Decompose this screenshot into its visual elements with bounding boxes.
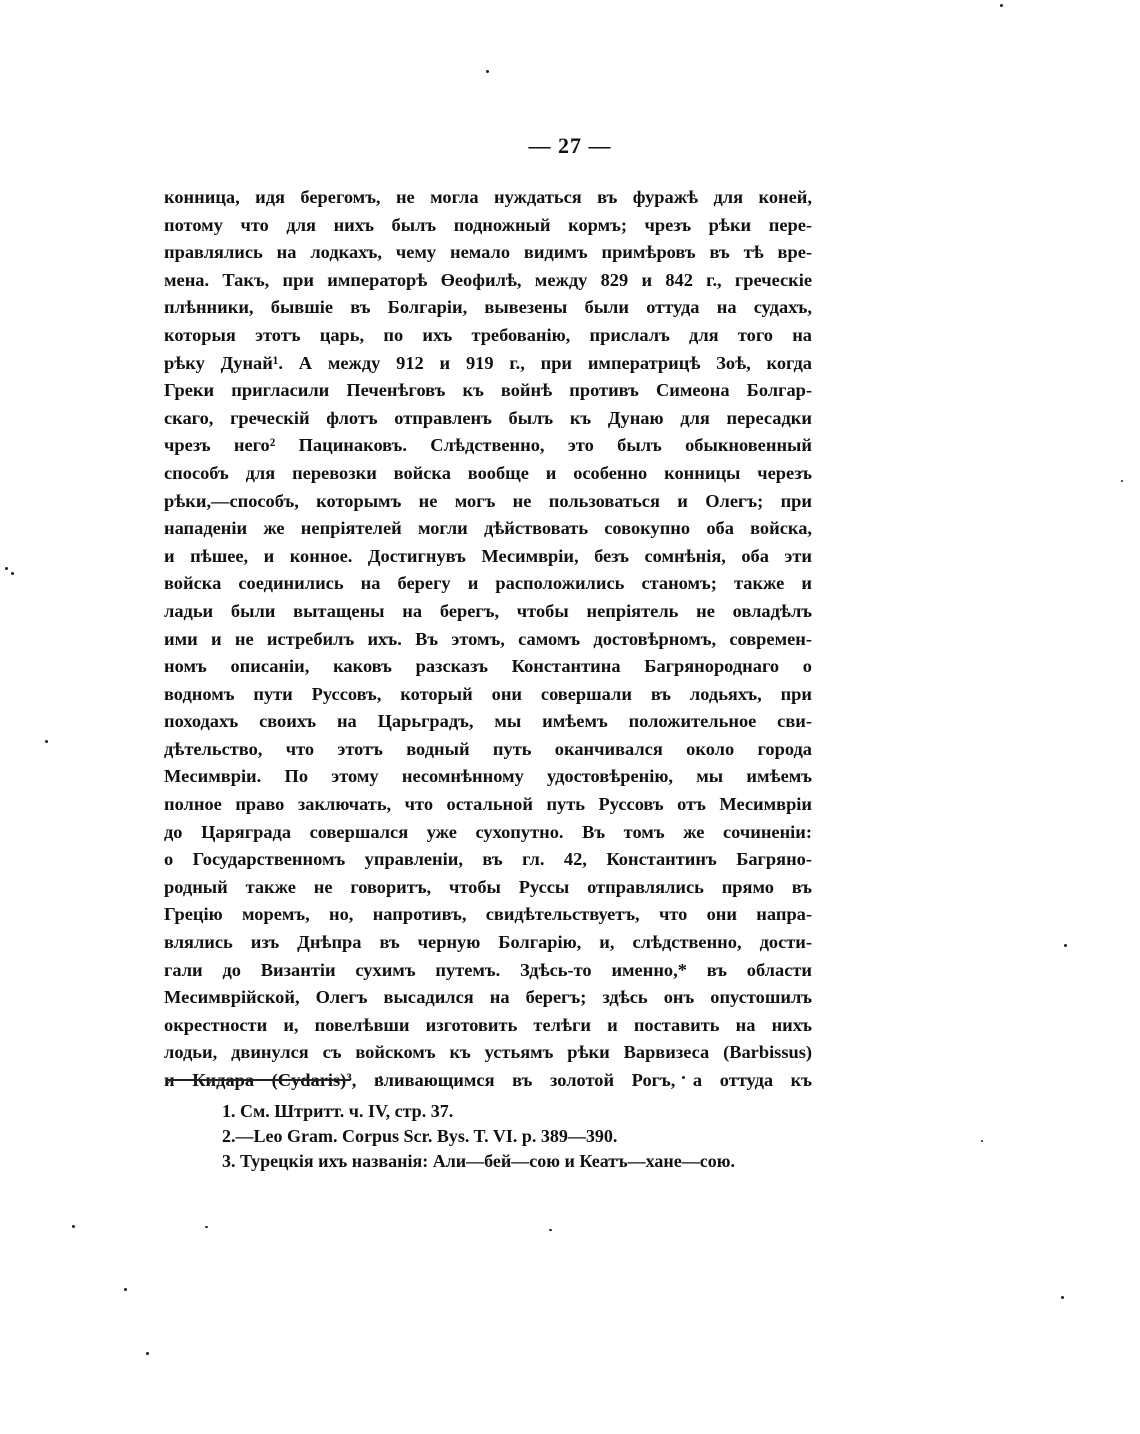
text-line: водномъ пути Руссовъ, который они соверш…: [164, 681, 812, 709]
scan-speck: [5, 567, 8, 570]
scan-speck: [11, 572, 14, 575]
scan-speck: [1121, 480, 1123, 482]
text-line: мена. Такъ, при императорѣ Өеофилѣ, межд…: [164, 267, 812, 295]
scan-speck: [682, 1076, 685, 1079]
text-line: конница, идя берегомъ, не могла нуждатьс…: [164, 184, 812, 212]
text-line: Грецію моремъ, но, напротивъ, свидѣтельс…: [164, 901, 812, 929]
scan-speck: [205, 1226, 208, 1228]
text-line: Греки пригласили Печенѣговъ къ войнѣ про…: [164, 377, 812, 405]
text-line: окрестности и, повелѣвши изготовить телѣ…: [164, 1012, 812, 1040]
page-number: — 27 —: [0, 133, 1140, 159]
text-line: влялись изъ Днѣпра въ черную Болгарію, и…: [164, 929, 812, 957]
text-line: Месимвріи. По этому несомнѣнному удостов…: [164, 763, 812, 791]
text-line: плѣнники, бывшіе въ Болгаріи, вывезены б…: [164, 294, 812, 322]
scan-speck: [1000, 4, 1003, 7]
scan-speck: [379, 1076, 382, 1079]
scan-speck: [1064, 944, 1067, 947]
footnote-1: 1. См. Штритт. ч. IV, стр. 37.: [222, 1099, 822, 1124]
text-line: которыя этотъ царь, по ихъ требованію, п…: [164, 322, 812, 350]
scan-speck: [1061, 1296, 1064, 1299]
text-line: Месимврійской, Олегъ высадился на берегъ…: [164, 984, 812, 1012]
text-line: дѣтельство, что этотъ водный путь оканчи…: [164, 736, 812, 764]
text-line: чрезъ него² Пацинаковъ. Слѣдственно, это…: [164, 432, 812, 460]
body-text: конница, идя берегомъ, не могла нуждатьс…: [164, 184, 812, 1095]
text-line: лодьи, двинулся съ войскомъ къ устьямъ р…: [164, 1039, 812, 1067]
text-line: правлялись на лодкахъ, чему немало видим…: [164, 239, 812, 267]
footnote-3: 3. Турецкія ихъ названія: Али—бей—сою и …: [222, 1149, 822, 1174]
scan-speck: [549, 1229, 552, 1231]
scan-speck: [124, 1288, 127, 1291]
text-line: полное право заключать, что остальной пу…: [164, 791, 812, 819]
footnote-2: 2.—Leo Gram. Corpus Scr. Bys. T. VI. p. …: [222, 1124, 822, 1149]
text-line: рѣку Дунай¹. А между 912 и 919 г., при и…: [164, 350, 812, 378]
scan-speck: [72, 1225, 75, 1228]
text-line: походахъ своихъ на Царьградъ, мы имѣемъ …: [164, 708, 812, 736]
text-line: ладьи были вытащены на берегъ, чтобы неп…: [164, 598, 812, 626]
text-line: и пѣшее, и конное. Достигнувъ Месимвріи,…: [164, 543, 812, 571]
text-line: и Кидара (Cydaris)³, вливающимся въ золо…: [164, 1067, 812, 1095]
text-line: до Царяграда совершался уже сухопутно. В…: [164, 819, 812, 847]
text-line: номъ описаніи, каковъ разсказъ Константи…: [164, 653, 812, 681]
text-line: о Государственномъ управленіи, въ гл. 42…: [164, 846, 812, 874]
scan-speck: [486, 70, 489, 73]
text-line: нападеніи же непріятелей могли дѣйствова…: [164, 515, 812, 543]
text-line: способъ для перевозки войска вообще и ос…: [164, 460, 812, 488]
text-line: родный также не говоритъ, чтобы Руссы от…: [164, 874, 812, 902]
text-line: скаго, греческій флотъ отправленъ былъ к…: [164, 405, 812, 433]
text-line: ими и не истребилъ ихъ. Въ этомъ, самомъ…: [164, 626, 812, 654]
footnotes: 1. См. Штритт. ч. IV, стр. 37. 2.—Leo Gr…: [222, 1099, 822, 1174]
scan-speck: [146, 1352, 149, 1355]
text-line: гали до Византіи сухимъ путемъ. Здѣсь-то…: [164, 957, 812, 985]
scan-speck: [45, 740, 48, 743]
text-line: потому что для нихъ былъ подножный кормъ…: [164, 212, 812, 240]
text-line: рѣки,—способъ, которымъ не могъ не польз…: [164, 488, 812, 516]
scan-speck: [981, 1140, 983, 1142]
text-line: войска соединились на берегу и расположи…: [164, 570, 812, 598]
footnote-divider: [166, 1079, 350, 1081]
